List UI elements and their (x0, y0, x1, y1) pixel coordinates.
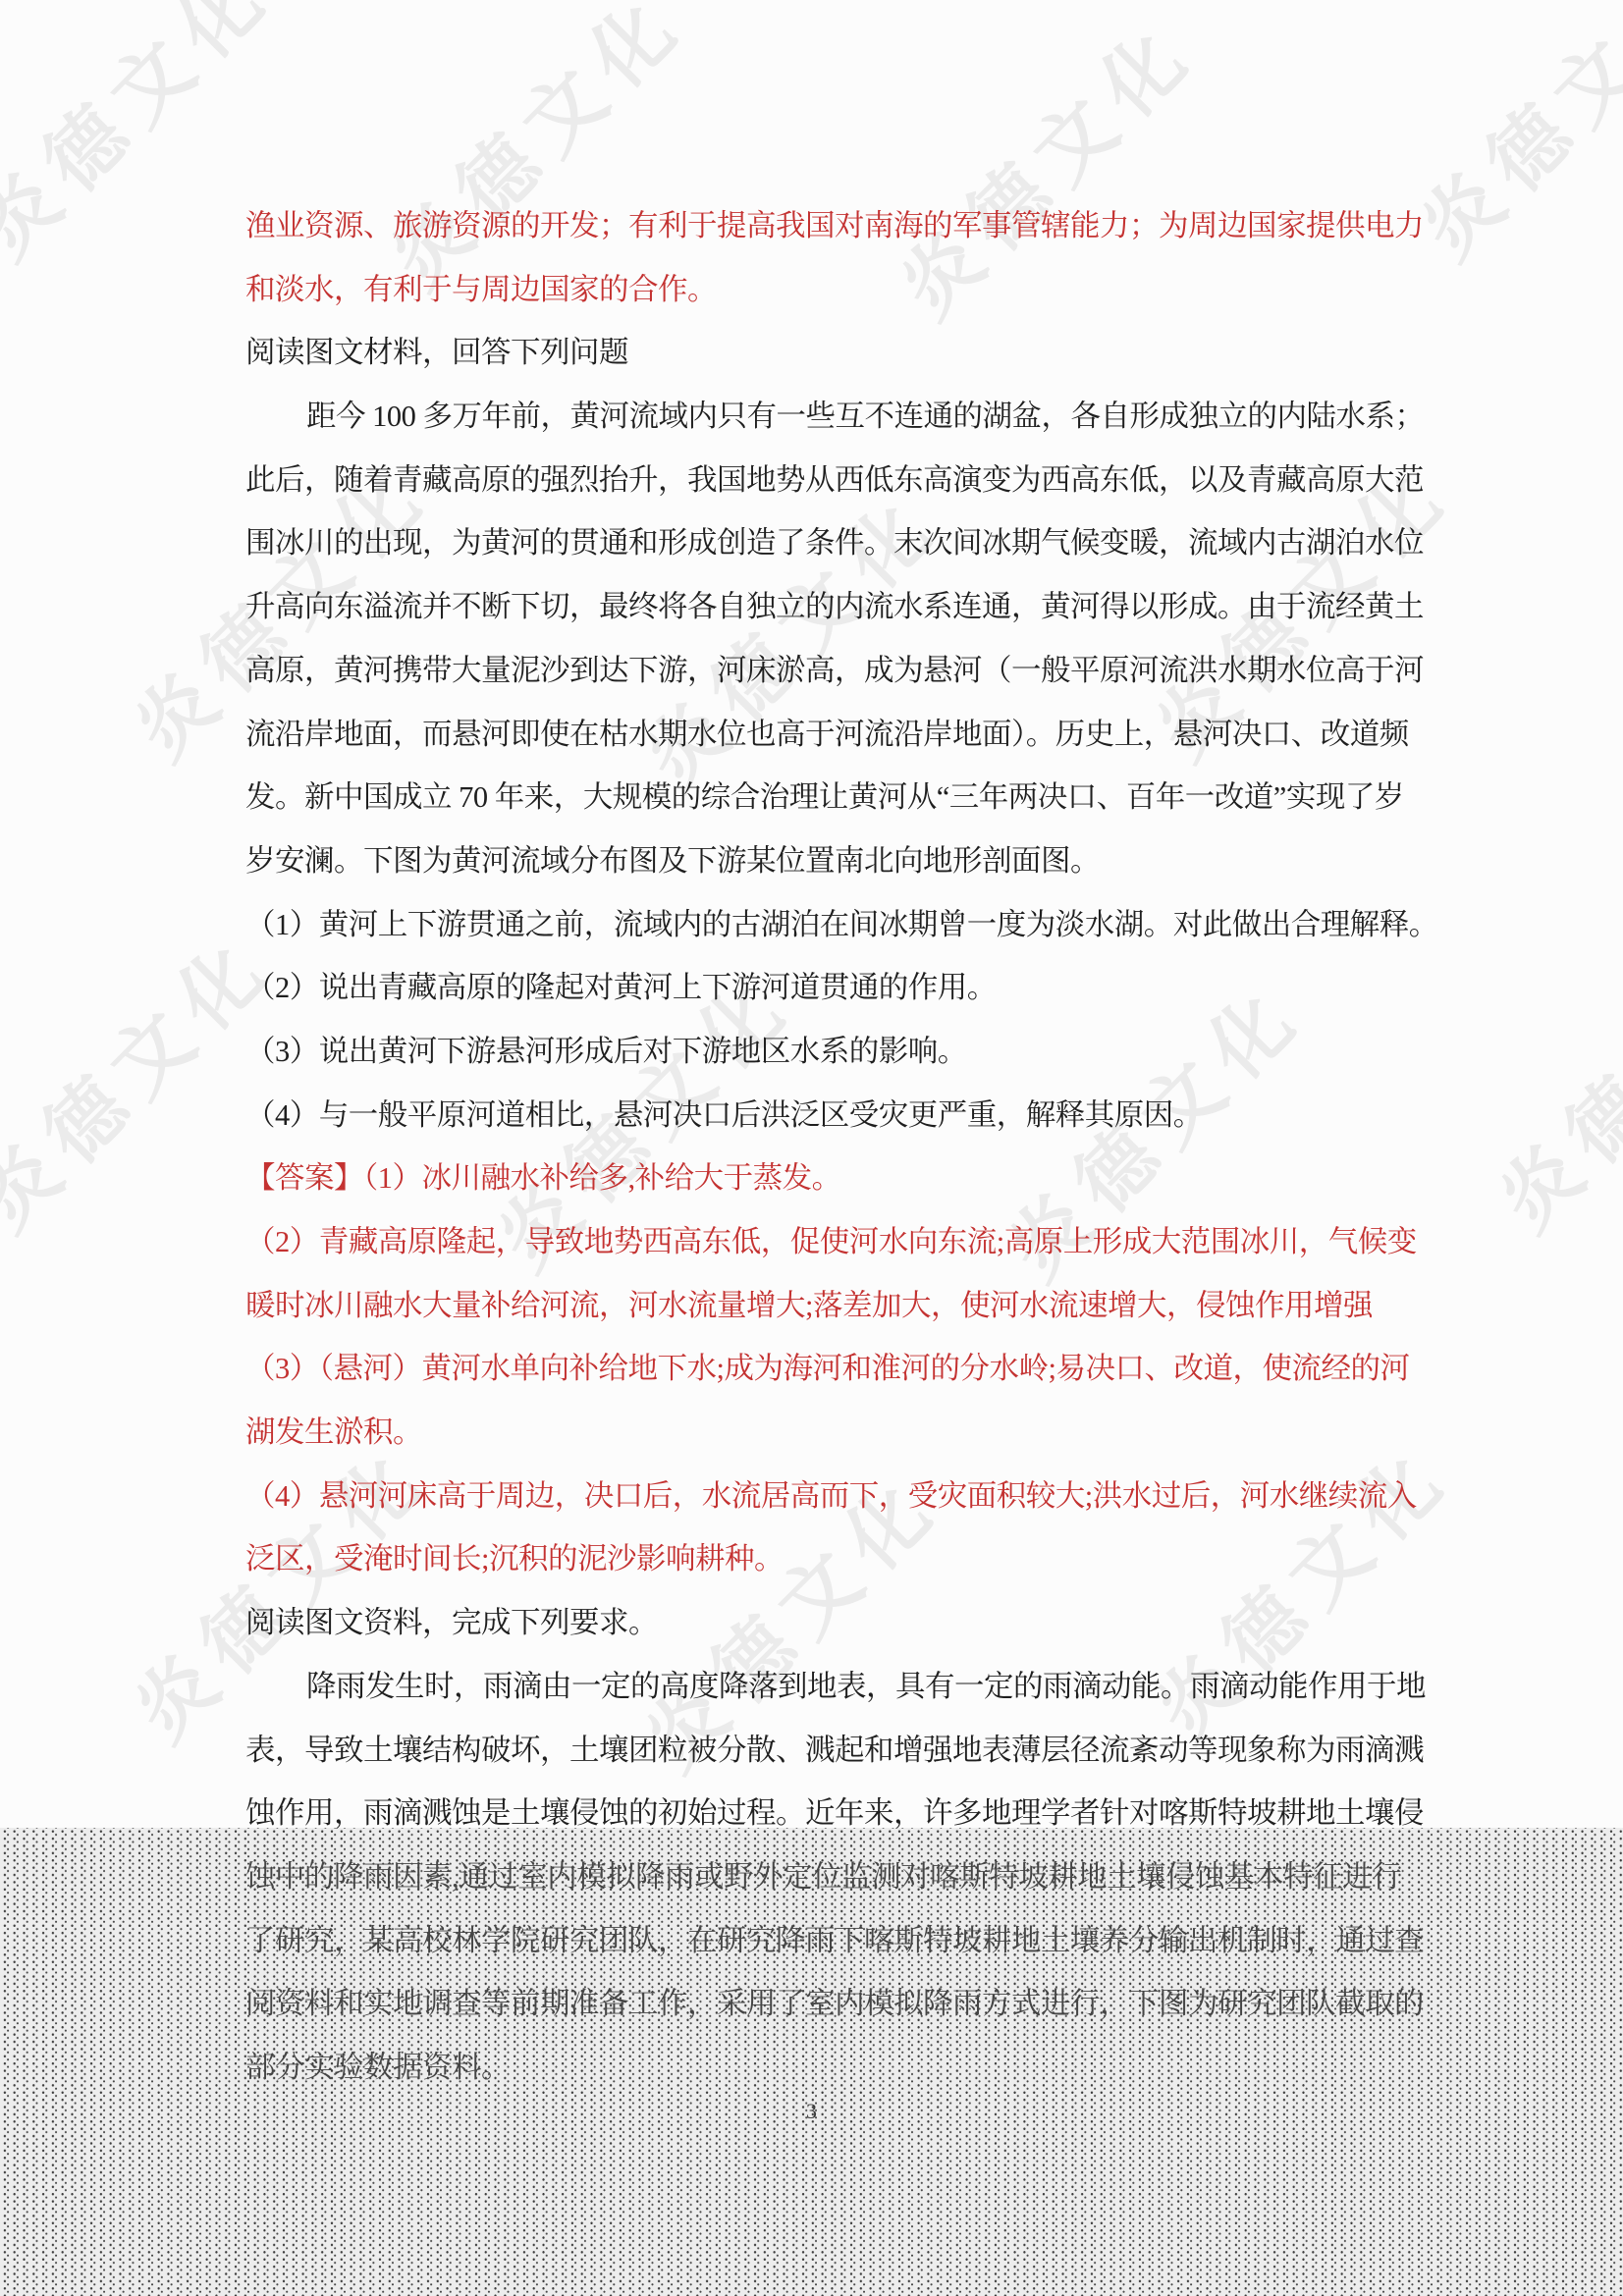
text-line: 阅读图文资料，完成下列要求。 (245, 1591, 1394, 1655)
text-line: 距今 100 多万年前，黄河流域内只有一些互不连通的湖盆，各自形成独立的内陆水系… (245, 385, 1394, 449)
text-line: 升高向东溢流并不断下切，最终将各自独立的内流水系连通，黄河得以形成。由于流经黄土 (245, 575, 1394, 639)
text-line: 阅读图文材料，回答下列问题 (245, 321, 1394, 385)
text-line: 蚀作用，雨滴溅蚀是土壤侵蚀的初始过程。近年来，许多地理学者针对喀斯特坡耕地土壤侵 (245, 1782, 1394, 1845)
scanned-document-page: 炎德文化 炎德文化 炎德文化 炎德文化 炎德文化 炎德文化 炎德文化 炎德文化 … (0, 0, 1623, 2296)
question-line: （4）与一般平原河道相比，悬河决口后洪泛区受灾更严重，解释其原因。 (245, 1084, 1394, 1148)
text-line: 降雨发生时，雨滴由一定的高度降落到地表，具有一定的雨滴动能。雨滴动能作用于地 (245, 1655, 1394, 1719)
text-line: 了研究，某高校林学院研究团队，在研究降雨下喀斯特坡耕地土壤养分输出机制时，通过查 (245, 1909, 1394, 1973)
text-line: 发。新中国成立 70 年来，大规模的综合治理让黄河从“三年两决口、百年一改道”实… (245, 766, 1394, 829)
page-number: 3 (0, 2097, 1623, 2126)
text-line: 岁安澜。下图为黄河流域分布图及下游某位置南北向地形剖面图。 (245, 829, 1394, 893)
answer-line: 湖发生淤积。 (245, 1401, 1394, 1465)
question-line: （2）说出青藏高原的隆起对黄河上下游河道贯通的作用。 (245, 956, 1394, 1020)
text-line: 高原，黄河携带大量泥沙到达下游，河床淤高，成为悬河（一般平原河流洪水期水位高于河 (245, 639, 1394, 703)
answer-line: 【答案】（1）冰川融水补给多,补给大于蒸发。 (245, 1147, 1394, 1210)
text-line: 部分实验数据资料。 (245, 2036, 1394, 2100)
answer-line: （2）青藏高原隆起，导致地势西高东低，促使河水向东流;高原上形成大范围冰川，气候… (245, 1210, 1394, 1274)
answer-line: 暖时冰川融水大量补给河流，河水流量增大;落差加大，使河水流速增大，侵蚀作用增强 (245, 1274, 1394, 1338)
text-line: 和淡水，有利于与周边国家的合作。 (245, 258, 1394, 322)
question-line: （3）说出黄河下游悬河形成后对下游地区水系的影响。 (245, 1020, 1394, 1084)
document-body: 渔业资源、旅游资源的开发；有利于提高我国对南海的军事管辖能力；为周边国家提供电力… (245, 194, 1394, 2100)
text-line: 围冰川的出现，为黄河的贯通和形成创造了条件。末次间冰期气候变暖，流域内古湖泊水位 (245, 511, 1394, 575)
text-line: 表，导致土壤结构破坏，土壤团粒被分散、溅起和增强地表薄层径流紊动等现象称为雨滴溅 (245, 1719, 1394, 1783)
question-line: （1）黄河上下游贯通之前，流域内的古湖泊在间冰期曾一度为淡水湖。对此做出合理解释… (245, 893, 1394, 957)
watermark: 炎德文化 (1390, 0, 1623, 279)
text-line: 此后，随着青藏高原的强烈抬升，我国地势从西低东高演变为西高东低，以及青藏高原大范 (245, 449, 1394, 512)
text-line: 蚀中的降雨因素,通过室内模拟降雨或野外定位监测对喀斯特坡耕地土壤侵蚀基本特征进行 (245, 1845, 1394, 1909)
text-line: 渔业资源、旅游资源的开发；有利于提高我国对南海的军事管辖能力；为周边国家提供电力 (245, 194, 1394, 258)
answer-line: （4）悬河河床高于周边，决口后，水流居高而下，受灾面积较大;洪水过后，河水继续流… (245, 1465, 1394, 1528)
text-line: 阅资料和实地调查等前期准备工作，采用了室内模拟降雨方式进行，下图为研究团队截取的 (245, 1972, 1394, 2036)
answer-line: 泛区，受淹时间长;沉积的泥沙影响耕种。 (245, 1527, 1394, 1591)
watermark: 炎德文化 (1469, 904, 1623, 1251)
text-line: 流沿岸地面，而悬河即使在枯水期水位也高于河流沿岸地面）。历史上，悬河决口、改道频 (245, 703, 1394, 767)
answer-line: （3）（悬河）黄河水单向补给地下水;成为海河和淮河的分水岭;易决口、改道，使流经… (245, 1337, 1394, 1401)
